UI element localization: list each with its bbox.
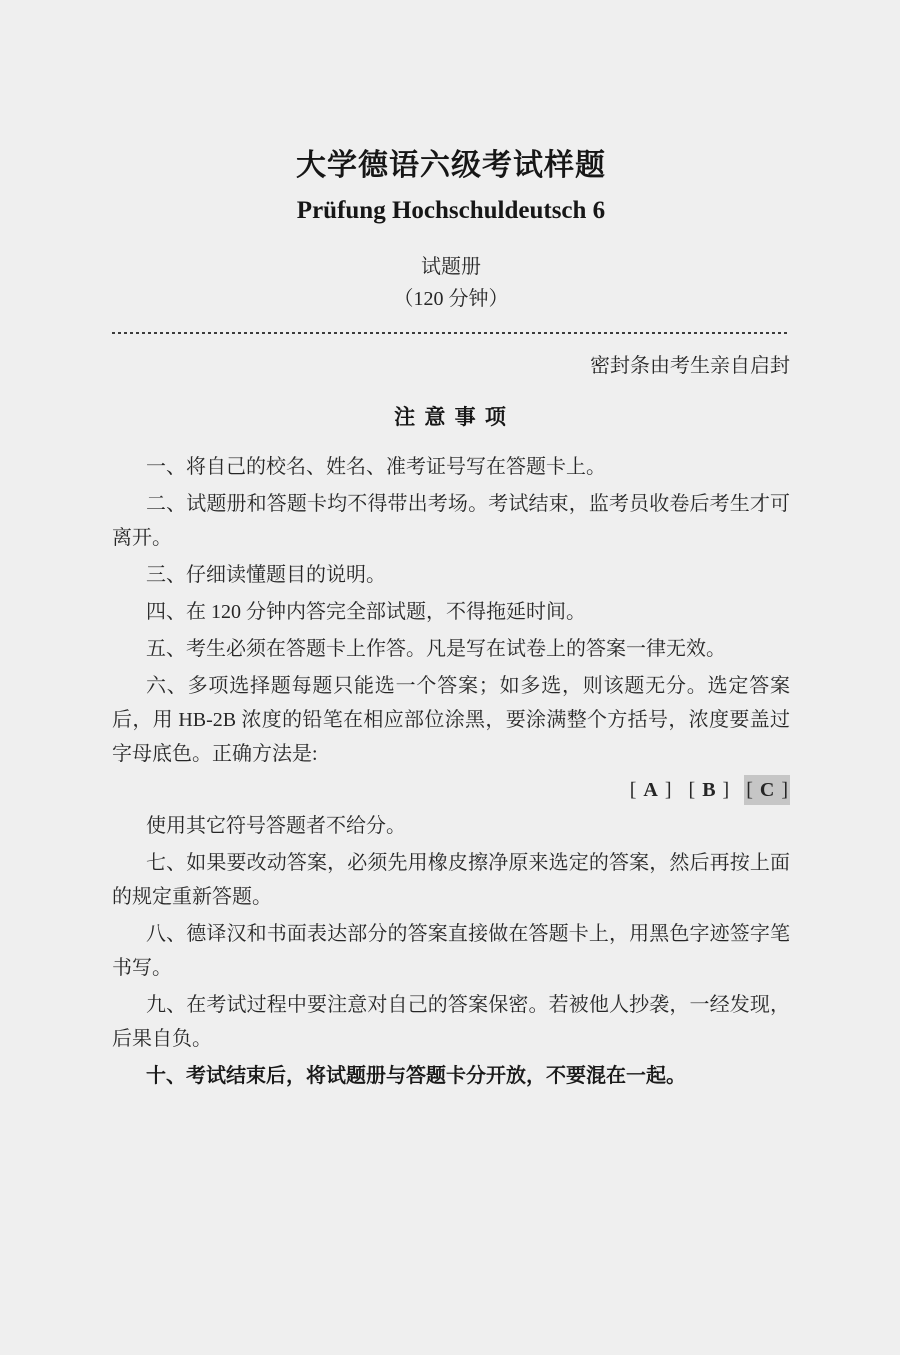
page-content: 大学德语六级考试样题 Prüfung Hochschuldeutsch 6 试题… [112, 0, 790, 1096]
seal-note: 密封条由考生亲自启封 [112, 352, 790, 380]
instruction-text: 一、将自己的校名、姓名、准考证号写在答题卡上。 [146, 456, 606, 478]
answer-example-row: [A] [B] [C] [112, 775, 790, 805]
duration-label: （120 分钟） [112, 286, 790, 312]
answer-option: [C] [744, 775, 790, 805]
answer-option: [A] [628, 775, 674, 805]
bracket-close: ] [665, 779, 672, 801]
instruction-text: 四、在 120 分钟内答完全部试题，不得拖延时间。 [146, 601, 586, 623]
notice-title: 注 意 事 项 [112, 402, 790, 432]
dashed-separator [112, 332, 790, 334]
option-letter: B [695, 779, 722, 801]
bracket-close: ] [723, 779, 730, 801]
instruction-text: 八、德译汉和书面表达部分的答案直接做在答题卡上，用黑色字迹签字笔书写。 [112, 923, 790, 979]
instruction-item: 八、德译汉和书面表达部分的答案直接做在答题卡上，用黑色字迹签字笔书写。 [112, 917, 790, 985]
instruction-text: 六、多项选择题每题只能选一个答案；如多选，则该题无分。选定答案后，用 HB-2B… [112, 675, 790, 765]
instruction-text: 十、考试结束后，将试题册与答题卡分开放，不要混在一起。 [146, 1065, 686, 1087]
booklet-label: 试题册 [112, 254, 790, 280]
instruction-text: 九、在考试过程中要注意对自己的答案保密。若被他人抄袭，一经发现，后果自负。 [112, 994, 790, 1050]
exam-title-chinese: 大学德语六级考试样题 [112, 148, 790, 184]
instruction-item: 使用其它符号答题者不给分。 [112, 809, 790, 843]
exam-cover-page: 大学德语六级考试样题 Prüfung Hochschuldeutsch 6 试题… [0, 0, 900, 1355]
instruction-item: 二、试题册和答题卡均不得带出考场。考试结束，监考员收卷后考生才可离开。 [112, 487, 790, 555]
instruction-item: 四、在 120 分钟内答完全部试题，不得拖延时间。 [112, 595, 790, 629]
option-letter: A [636, 779, 664, 801]
instruction-text: 二、试题册和答题卡均不得带出考场。考试结束，监考员收卷后考生才可离开。 [112, 493, 790, 549]
option-letter: C [753, 779, 781, 801]
instruction-list-bottom: 使用其它符号答题者不给分。 七、如果要改动答案，必须先用橡皮擦净原来选定的答案，… [112, 809, 790, 1093]
instruction-item: 十、考试结束后，将试题册与答题卡分开放，不要混在一起。 [112, 1059, 790, 1093]
bracket-close: ] [781, 779, 788, 801]
instruction-item: 一、将自己的校名、姓名、准考证号写在答题卡上。 [112, 450, 790, 484]
instruction-item: 五、考生必须在答题卡上作答。凡是写在试卷上的答案一律无效。 [112, 632, 790, 666]
instruction-text: 使用其它符号答题者不给分。 [146, 815, 406, 837]
instruction-item: 七、如果要改动答案，必须先用橡皮擦净原来选定的答案，然后再按上面的规定重新答题。 [112, 846, 790, 914]
instruction-item: 九、在考试过程中要注意对自己的答案保密。若被他人抄袭，一经发现，后果自负。 [112, 988, 790, 1056]
instruction-item: 六、多项选择题每题只能选一个答案；如多选，则该题无分。选定答案后，用 HB-2B… [112, 669, 790, 771]
instruction-text: 五、考生必须在答题卡上作答。凡是写在试卷上的答案一律无效。 [146, 638, 726, 660]
bracket-open: [ [746, 779, 753, 801]
answer-option: [B] [687, 775, 732, 805]
instruction-text: 三、仔细读懂题目的说明。 [146, 564, 386, 586]
instruction-text: 七、如果要改动答案，必须先用橡皮擦净原来选定的答案，然后再按上面的规定重新答题。 [112, 852, 790, 908]
exam-title-german: Prüfung Hochschuldeutsch 6 [112, 196, 790, 226]
instruction-list-top: 一、将自己的校名、姓名、准考证号写在答题卡上。 二、试题册和答题卡均不得带出考场… [112, 450, 790, 771]
instruction-item: 三、仔细读懂题目的说明。 [112, 558, 790, 592]
